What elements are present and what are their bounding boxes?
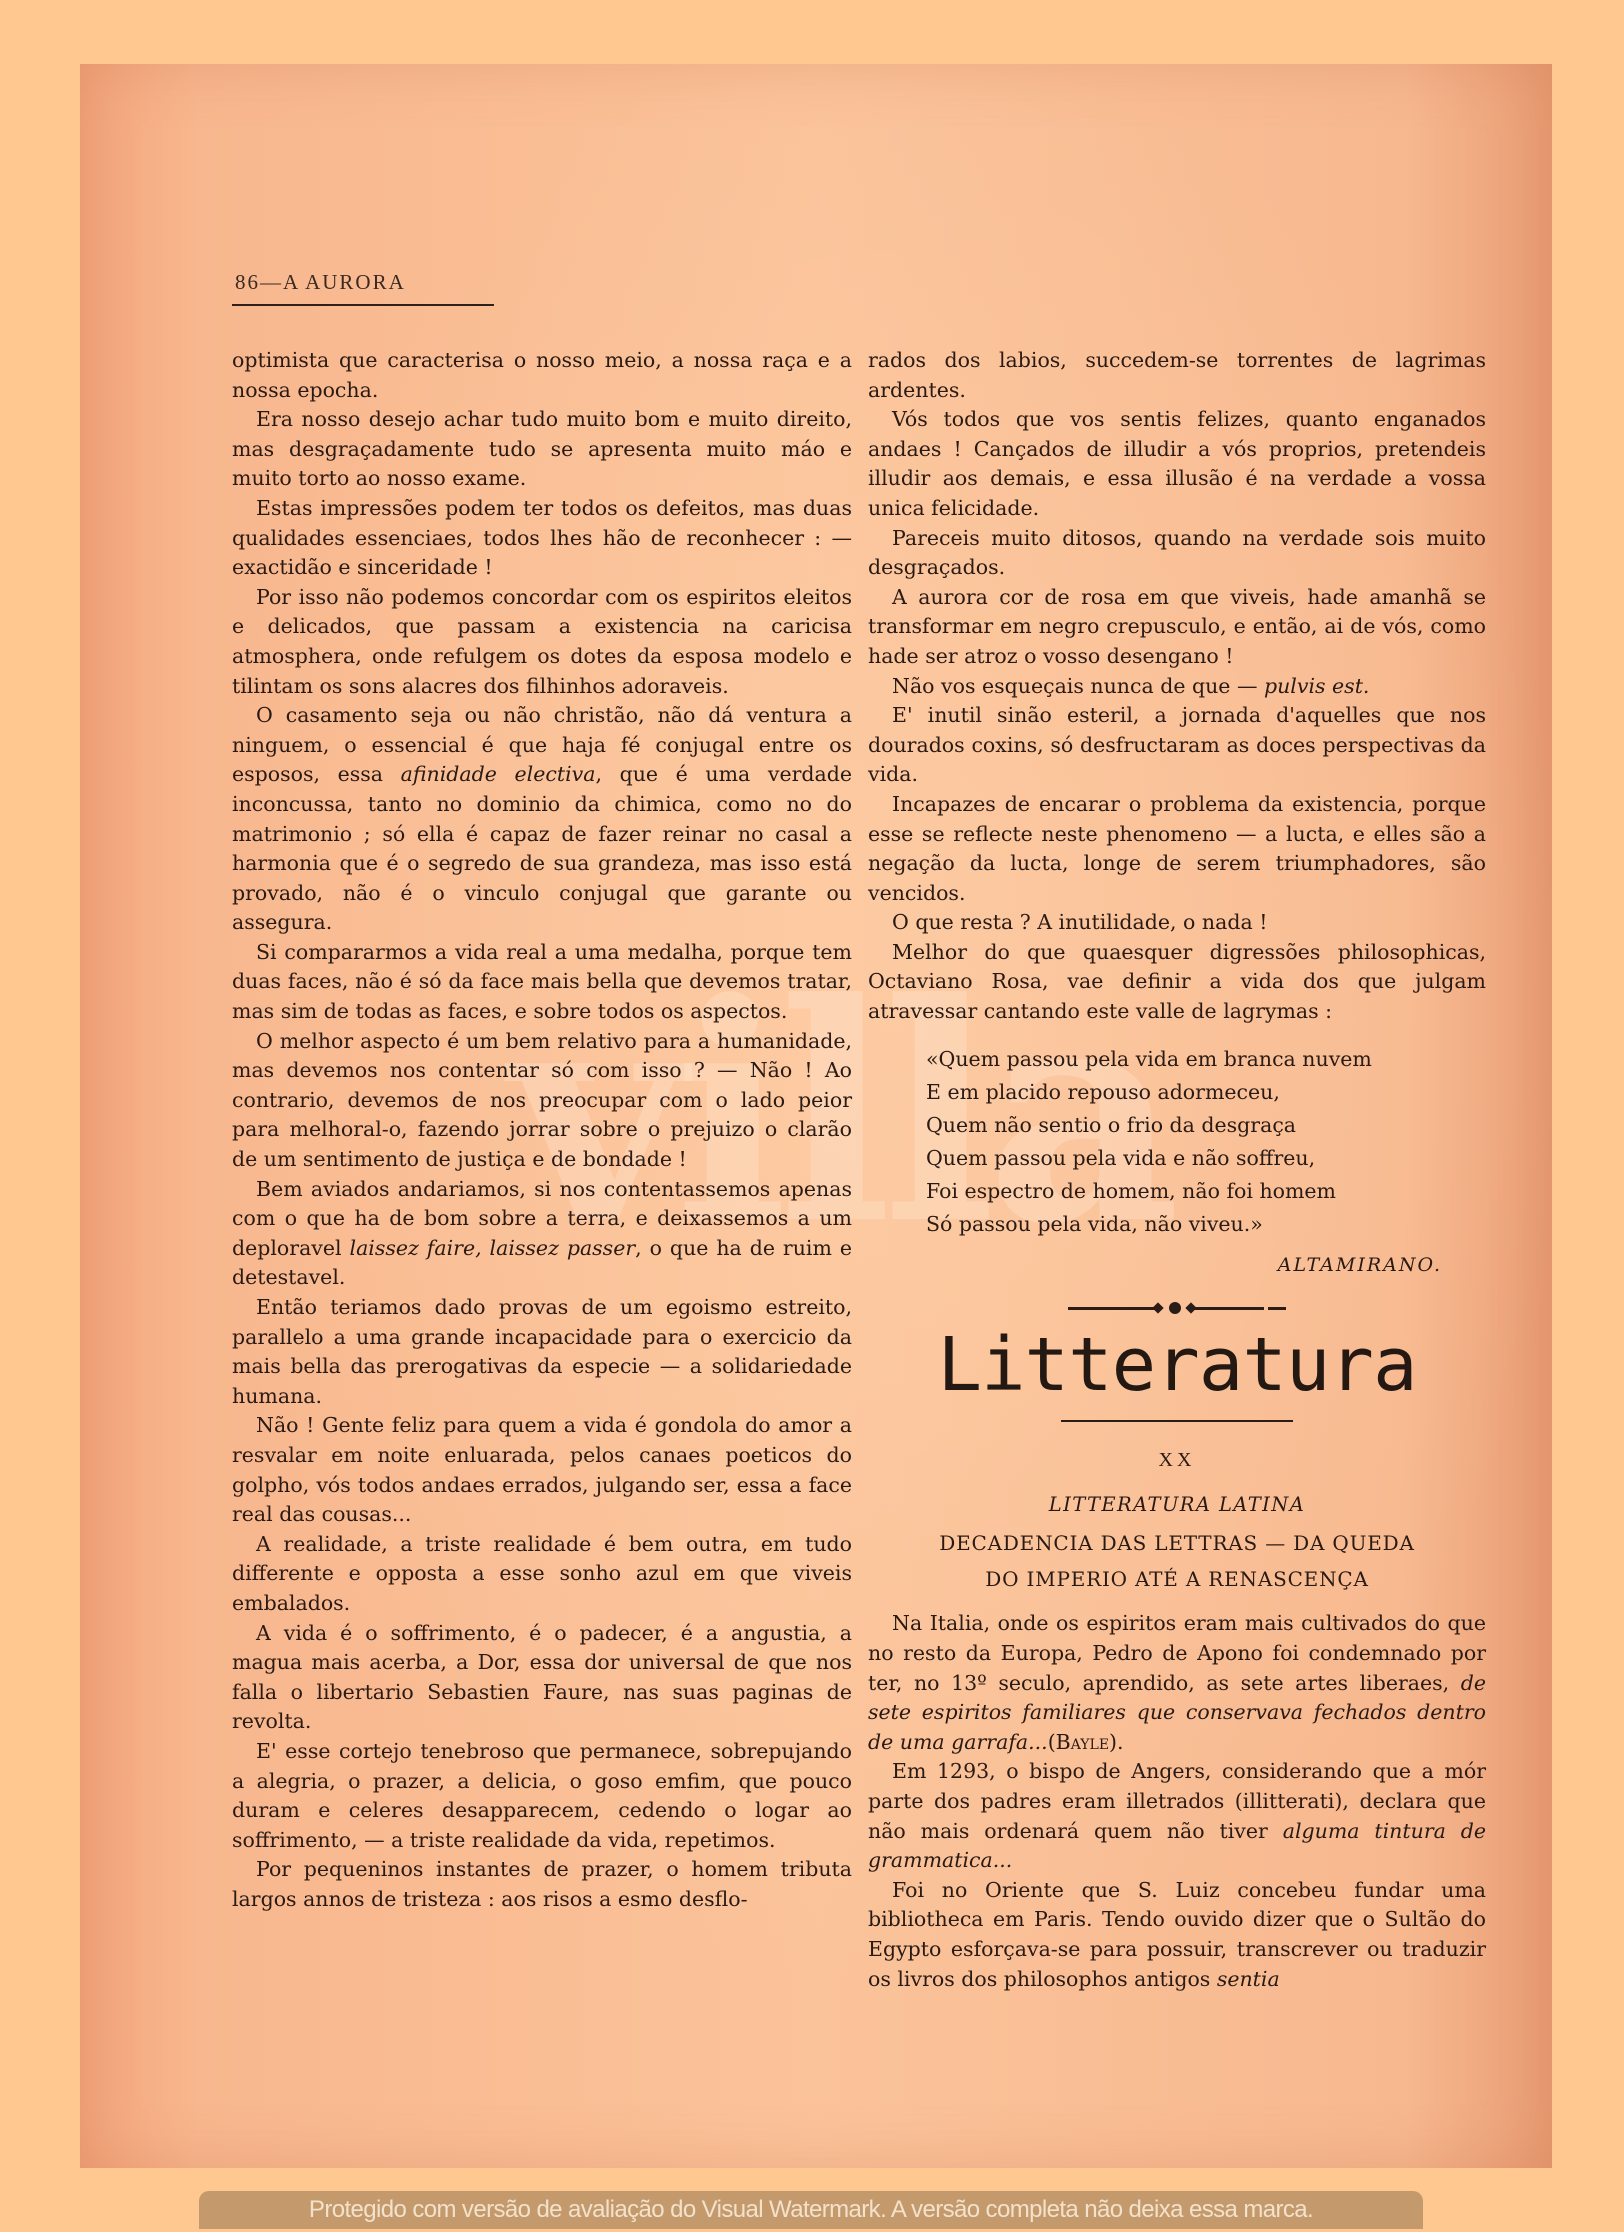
paragraph: rados dos labios, succedem-se torrentes …	[868, 346, 1486, 405]
header-rule	[232, 304, 494, 306]
paragraph: A realidade, a triste realidade é bem ou…	[232, 1530, 852, 1619]
paragraph: Por pequeninos instantes de prazer, o ho…	[232, 1855, 852, 1914]
poem-line: Só passou pela vida, não viveu.»	[926, 1208, 1486, 1241]
section-title: Litteratura	[868, 1322, 1486, 1408]
italic-phrase: sentia	[1217, 1967, 1280, 1991]
paragraph: optimista que caracterisa o nosso meio, …	[232, 346, 852, 405]
paragraph: E' esse cortejo tenebroso que permanece,…	[232, 1737, 852, 1855]
paragraph: Estas impressões podem ter todos os defe…	[232, 494, 852, 583]
paragraph: E' inutil sinão esteril, a jornada d'aqu…	[868, 701, 1486, 790]
paragraph: Em 1293, o bispo de Angers, considerando…	[868, 1757, 1486, 1875]
poem-quote: «Quem passou pela vida em branca nuvem E…	[926, 1043, 1486, 1241]
paragraph: A aurora cor de rosa em que viveis, hade…	[868, 583, 1486, 672]
title-rule	[1061, 1420, 1293, 1422]
paragraph: O melhor aspecto é um bem relativo para …	[232, 1027, 852, 1175]
section-heading-line-2: DO IMPERIO ATÉ A RENASCENÇA	[868, 1563, 1486, 1595]
citation: (Bayle).	[1048, 1730, 1124, 1754]
paragraph: Não ! Gente feliz para quem a vida é gon…	[232, 1411, 852, 1529]
paragraph: Incapazes de encarar o problema da exist…	[868, 790, 1486, 908]
section-body: Na Italia, onde os espiritos eram mais c…	[868, 1609, 1486, 1994]
right-column: rados dos labios, succedem-se torrentes …	[868, 346, 1486, 1994]
left-column: optimista que caracterisa o nosso meio, …	[232, 346, 852, 1914]
section-heading-line-1: DECADENCIA DAS LETTRAS — DA QUEDA	[868, 1527, 1486, 1559]
section-subtitle: LITTERATURA LATINA	[868, 1490, 1486, 1520]
poem-line: Quem passou pela vida e não soffreu,	[926, 1142, 1486, 1175]
paragraph: Vós todos que vos sentis felizes, quanto…	[868, 405, 1486, 523]
italic-phrase: pulvis est.	[1264, 674, 1369, 698]
poem-line: Foi espectro de homem, não foi homem	[926, 1175, 1486, 1208]
paragraph: A vida é o soffrimento, é o padecer, é a…	[232, 1619, 852, 1737]
paragraph: Então teriamos dado provas de um egoismo…	[232, 1293, 852, 1411]
text-run: Na Italia, onde os espiritos eram mais c…	[868, 1611, 1486, 1694]
text-run: Não vos esqueçais nunca de que —	[892, 674, 1264, 698]
paragraph: O casamento seja ou não christão, não dá…	[232, 701, 852, 938]
author-signature: ALTAMIRANO.	[868, 1251, 1442, 1281]
paragraph: Era nosso desejo achar tudo muito bom e …	[232, 405, 852, 494]
paragraph: Foi no Oriente que S. Luiz concebeu fund…	[868, 1876, 1486, 1994]
paragraph: Si compararmos a vida real a uma medalha…	[232, 938, 852, 1027]
ornamental-divider-icon	[1068, 1300, 1286, 1316]
scanned-page: villa 86—A AURORA optimista que caracter…	[80, 64, 1552, 2168]
poem-line: E em placido repouso adormeceu,	[926, 1076, 1486, 1109]
evaluation-watermark-notice: Protegido com versão de avaliação do Vis…	[199, 2191, 1423, 2229]
paragraph: O que resta ? A inutilidade, o nada !	[868, 908, 1486, 938]
paragraph: Na Italia, onde os espiritos eram mais c…	[868, 1609, 1486, 1757]
running-header: 86—A AURORA	[235, 270, 406, 295]
paragraph: Pareceis muito ditosos, quando na verdad…	[868, 524, 1486, 583]
italic-phrase: afinidade electiva	[401, 762, 596, 786]
text-run: Foi no Oriente que S. Luiz concebeu fund…	[868, 1878, 1486, 1991]
paragraph: Não vos esqueçais nunca de que — pulvis …	[868, 672, 1486, 702]
text-run: , que é uma verdade inconcussa, tanto no…	[232, 762, 852, 934]
poem-line: Quem não sentio o frio da desgraça	[926, 1109, 1486, 1142]
paragraph: Bem aviados andariamos, si nos contentas…	[232, 1175, 852, 1293]
chapter-number: XX	[868, 1446, 1486, 1476]
italic-phrase: laissez faire, laissez passer	[350, 1236, 636, 1260]
poem-line: «Quem passou pela vida em branca nuvem	[926, 1043, 1486, 1076]
paragraph: Por isso não podemos concordar com os es…	[232, 583, 852, 701]
paragraph: Melhor do que quaesquer digressões philo…	[868, 938, 1486, 1027]
